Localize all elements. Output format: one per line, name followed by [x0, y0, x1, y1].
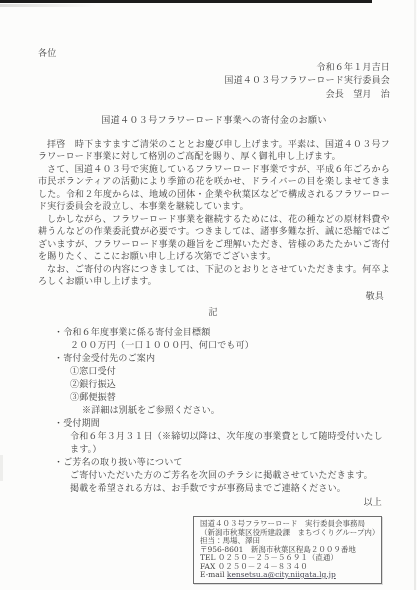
sender-organization: 国道４０３号フラワーロード実行委員会 — [38, 75, 390, 89]
sender-block: 令和６年１月吉日 国道４０３号フラワーロード実行委員会 会長 望月 治 — [38, 62, 390, 103]
body-paragraph-2: さて、国道４０３号で実施しているフラワーロード事業ですが、平成６年ごろから市民ボ… — [38, 164, 390, 214]
list-item-goal-label: ・令和６年度事業に係る寄付金目標額 — [38, 327, 390, 340]
body-paragraph-1: 拝啓 時下ますますご清栄のこととお慶び申し上げます。平素は、国道４０３号フラワー… — [38, 139, 390, 164]
names-request-line: 掲載を希望される方は、お手数ですが事務局までご連絡ください。 — [38, 483, 390, 496]
contact-box: 国道４０３号フラワーロード 実行委員会事務局 （新潟市秋葉区役所建設課 まちづく… — [193, 516, 382, 584]
donation-details-list: ・令和６年度事業に係る寄付金目標額 ２００万円（一口１０００円、何口でも可） ・… — [38, 327, 390, 496]
body-paragraph-3: しかしながら、フラワーロード事業を継続するためには、花の種などの原材料費や耕うん… — [38, 214, 390, 264]
reception-method-window: ①窓口受付 — [38, 366, 390, 379]
body-paragraph-4: なお、ご寄付の内容につきましては、下記のとおりとさせていただきます。何卒よろしく… — [38, 264, 390, 289]
scan-artifact-right-edge — [414, 0, 416, 590]
letter-body: 拝啓 時下ますますご清栄のこととお慶び申し上げます。平素は、国道４０３号フラワー… — [38, 139, 390, 289]
contact-email-line: E-mail kensetsu.a@city.niigata.lg.jp — [200, 571, 376, 580]
scan-artifact-left-patch — [0, 455, 3, 481]
email-link[interactable]: kensetsu.a@city.niigata.lg.jp — [227, 570, 336, 579]
list-item-goal-amount: ２００万円（一口１０００円、何口でも可） — [38, 340, 390, 353]
list-item-period-label: ・受付期間 — [38, 418, 390, 431]
scan-artifact-top-band — [0, 0, 372, 3]
email-label: E-mail — [200, 570, 225, 579]
reception-note: ※詳細は別紙をご参照ください。 — [38, 405, 390, 418]
end-mark: 以上 — [38, 497, 390, 510]
closing-word: 敬具 — [38, 291, 390, 304]
letter-date: 令和６年１月吉日 — [38, 62, 390, 76]
list-item-reception-label: ・寄付金受付先のご案内 — [38, 353, 390, 366]
list-item-names-label: ・ご芳名の取り扱い等について — [38, 457, 390, 470]
recipient-salutation: 各位 — [38, 48, 390, 61]
reception-method-bank: ②銀行振込 — [38, 379, 390, 392]
period-value: 令和６年３月３１日（※締切以降は、次年度の事業費として随時受付いたします。） — [38, 431, 390, 457]
record-heading: 記 — [38, 307, 390, 320]
names-publication-line: ご寄付いただいた方のご芳名を次回のチラシに掲載させていただきます。 — [38, 470, 390, 483]
sender-name: 会長 望月 治 — [38, 89, 390, 103]
document-sheet: 各位 令和６年１月吉日 国道４０３号フラワーロード実行委員会 会長 望月 治 国… — [0, 0, 417, 590]
scan-artifact-top-smudge — [0, 4, 96, 7]
document-title: 国道４０３号フラワーロード事業への寄付金のお願い — [38, 115, 390, 128]
reception-method-postal: ③郵便振替 — [38, 392, 390, 405]
